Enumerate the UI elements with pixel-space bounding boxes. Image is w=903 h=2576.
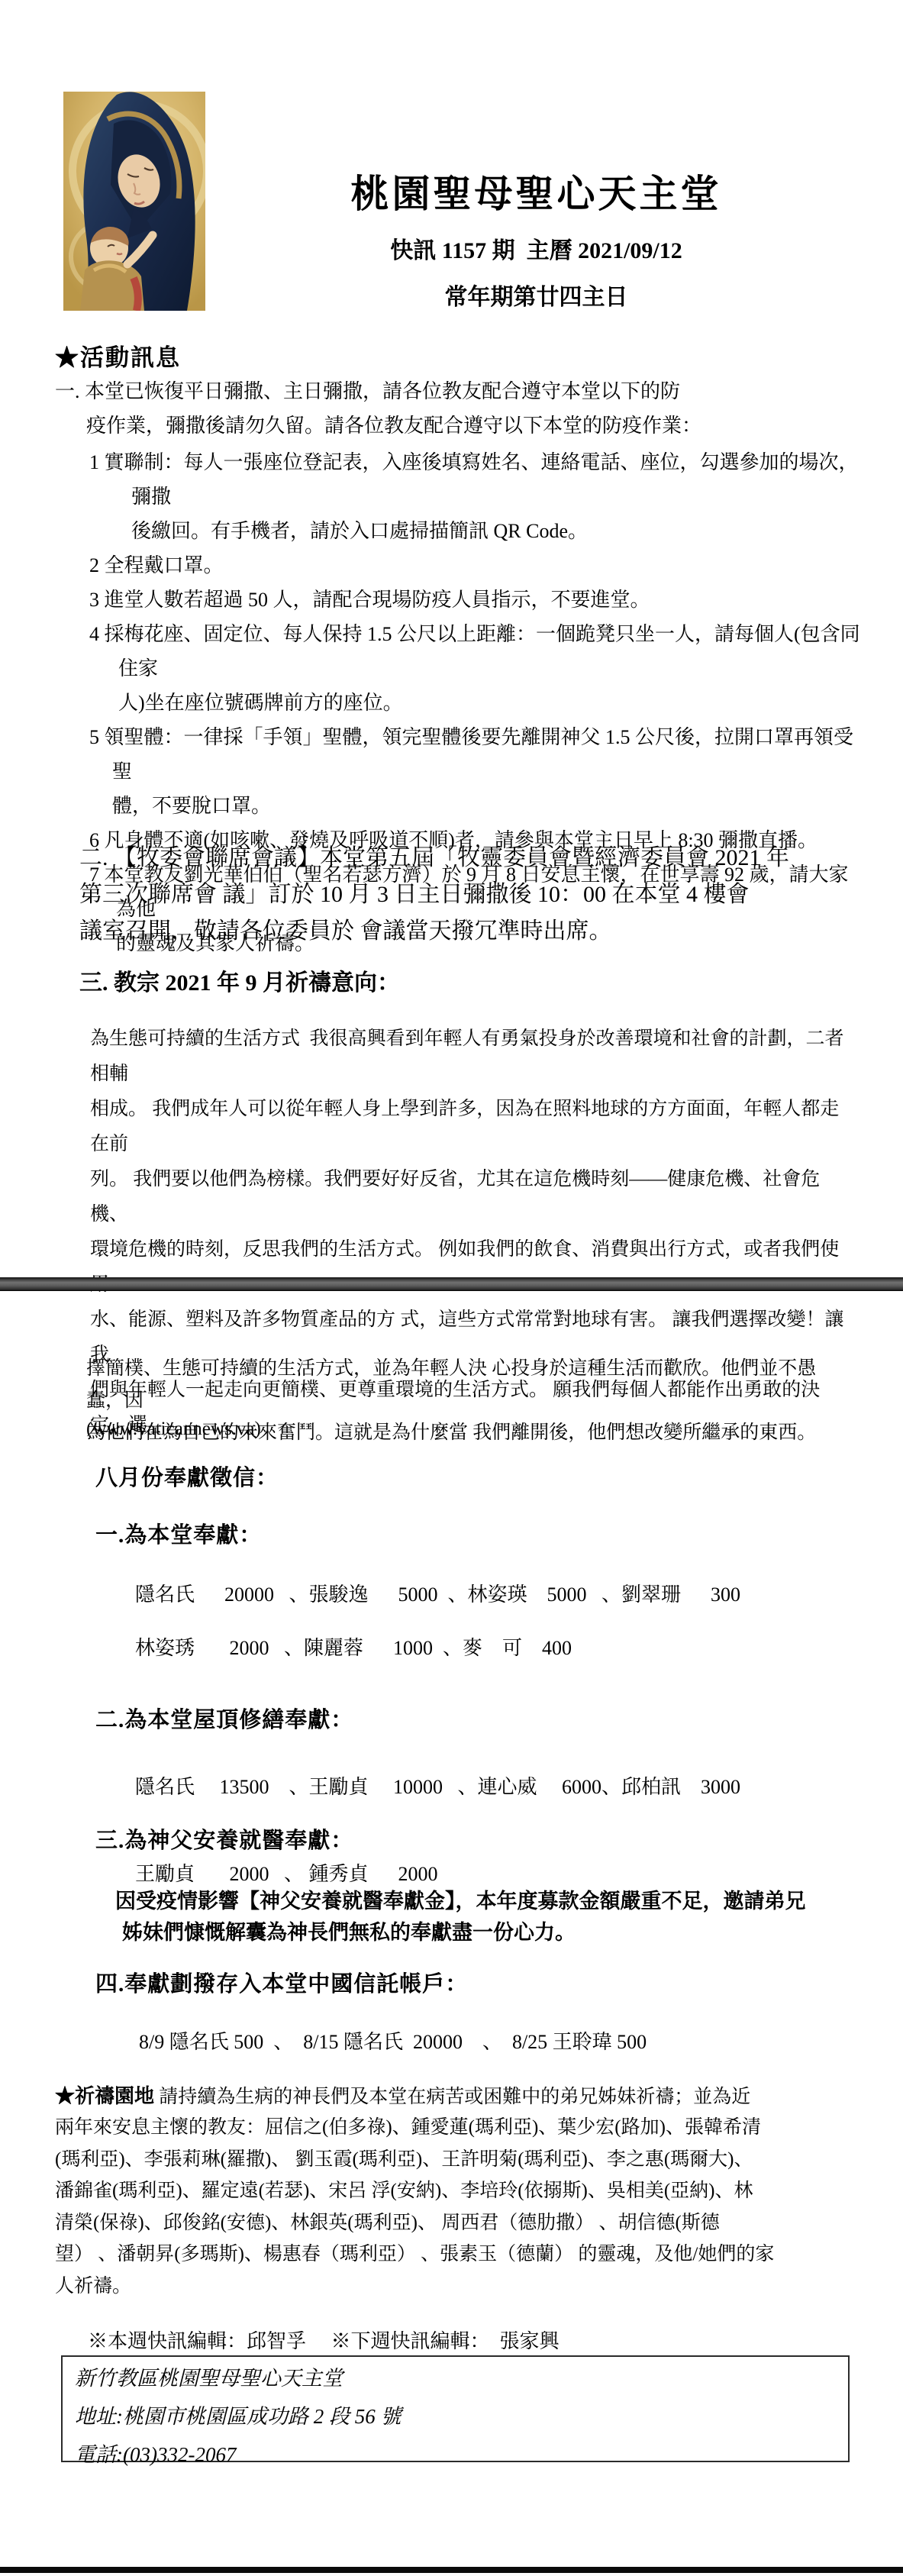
church-phone: 電話:(03)332-2067 [75, 2438, 848, 2471]
activity-intro: 一. 本堂已恢復平日彌撒、主日彌撒，請各位教友配合遵守本堂以下的防 疫作業，彌撒… [55, 374, 888, 443]
madonna-and-child-image [63, 92, 205, 311]
pastoral-council-meeting-notice: 二. 【牧委會聯席會議】本堂第五屆「牧靈委員會暨經濟委員會 2021 年 第三次… [79, 840, 858, 950]
donation-row: 隱名氏 13500 、王勵貞 10000 、連心威 6000、邱柏訊 3000 [135, 1771, 740, 1800]
donation-row: 王勵貞 2000 、 鍾秀貞 2000 [135, 1858, 438, 1887]
church-address: 地址:桃園市桃園區成功路 2 段 56 號 [75, 2400, 848, 2433]
pope-intention-heading: 三. 教宗 2021 年 9 月祈禱意向： [79, 964, 400, 997]
donation-row: 林姿琇 2000 、陳麗蓉 1000 、麥 可 400 [135, 1632, 572, 1661]
donation-row: 8/9 隱名氏 500 、 8/15 隱名氏 20000 、 8/25 王聆瑋 … [139, 2026, 647, 2055]
editors-line: ※本週快訊編輯：邱智孚 ※下週快訊編輯： 張家興 [88, 2326, 560, 2354]
rule-item-1: 1 實聯制：每人一張座位登記表，入座後填寫姓名、連絡電話、座位，勾選參加的場次，… [89, 445, 860, 548]
donation-section1-title: 一.為本堂奉獻： [95, 1518, 262, 1549]
bulletin-page: 桃園聖母聖心天主堂 快訊 1157 期 主曆 2021/09/12 常年期第廿四… [0, 0, 903, 2576]
page-title: 桃園聖母聖心天主堂 [206, 163, 866, 218]
church-name: 新竹教區桃園聖母聖心天主堂 [75, 2361, 848, 2395]
bottom-page-edge-line [0, 2567, 903, 2573]
prayer-corner-names: 兩年來安息主懷的教友：屈信之(伯多祿)、鍾愛蓮(瑪利亞)、葉少宏(路加)、張韓希… [55, 2112, 853, 2302]
prayer-corner-text: 請持續為生病的神長們及本堂在病苦或困難中的弟兄姊妹祈禱；並為近 [154, 2087, 750, 2107]
issue-date-line: 快訊 1157 期 主曆 2021/09/12 [206, 231, 866, 265]
activity-heading: ★活動訊息 [55, 338, 181, 373]
page-break-divider [0, 1277, 903, 1291]
prayer-corner-first-line: ★祈禱園地 請持續為生病的神長們及本堂在病苦或困難中的弟兄姊妹祈禱；並為近 [55, 2080, 853, 2109]
donation-section3-note: 因受疫情影響【神父安養就醫奉獻金】，本年度募款金額嚴重不足，邀請弟兄 姊妹們慷慨… [115, 1886, 874, 1948]
rule-item-4: 4 採梅花座、固定位、每人保持 1.5 公尺以上距離：一個跪凳只坐一人，請每個人… [89, 617, 860, 720]
vatican-news-source: (www.vaticannews.va) [86, 1419, 261, 1440]
donation-section2-title: 二.為本堂屋頂修繕奉獻： [95, 1703, 353, 1734]
rule-item-3: 3 進堂人數若超過 50 人，請配合現場防疫人員指示，不要進堂。 [89, 583, 860, 617]
donation-report-heading: 八月份奉獻徵信： [95, 1461, 279, 1492]
donation-section4-title: 四.奉獻劃撥存入本堂中國信託帳戶： [95, 1967, 468, 1998]
prayer-corner-label: ★祈禱園地 [55, 2085, 154, 2107]
donation-section3-title: 三.為神父安養就醫奉獻： [95, 1823, 353, 1855]
donation-row: 隱名氏 20000 、張駿逸 5000 、林姿瑛 5000 、劉翠珊 300 [135, 1579, 740, 1607]
liturgical-sunday-line: 常年期第廿四主日 [206, 278, 866, 312]
church-info-box: 新竹教區桃園聖母聖心天主堂 地址:桃園市桃園區成功路 2 段 56 號 電話:(… [61, 2355, 850, 2462]
rule-item-2: 2 全程戴口罩。 [89, 548, 860, 583]
rule-item-5: 5 領聖體：一律採「手領」聖體，領完聖體後要先離開神父 1.5 公尺後，拉開口罩… [89, 720, 860, 823]
